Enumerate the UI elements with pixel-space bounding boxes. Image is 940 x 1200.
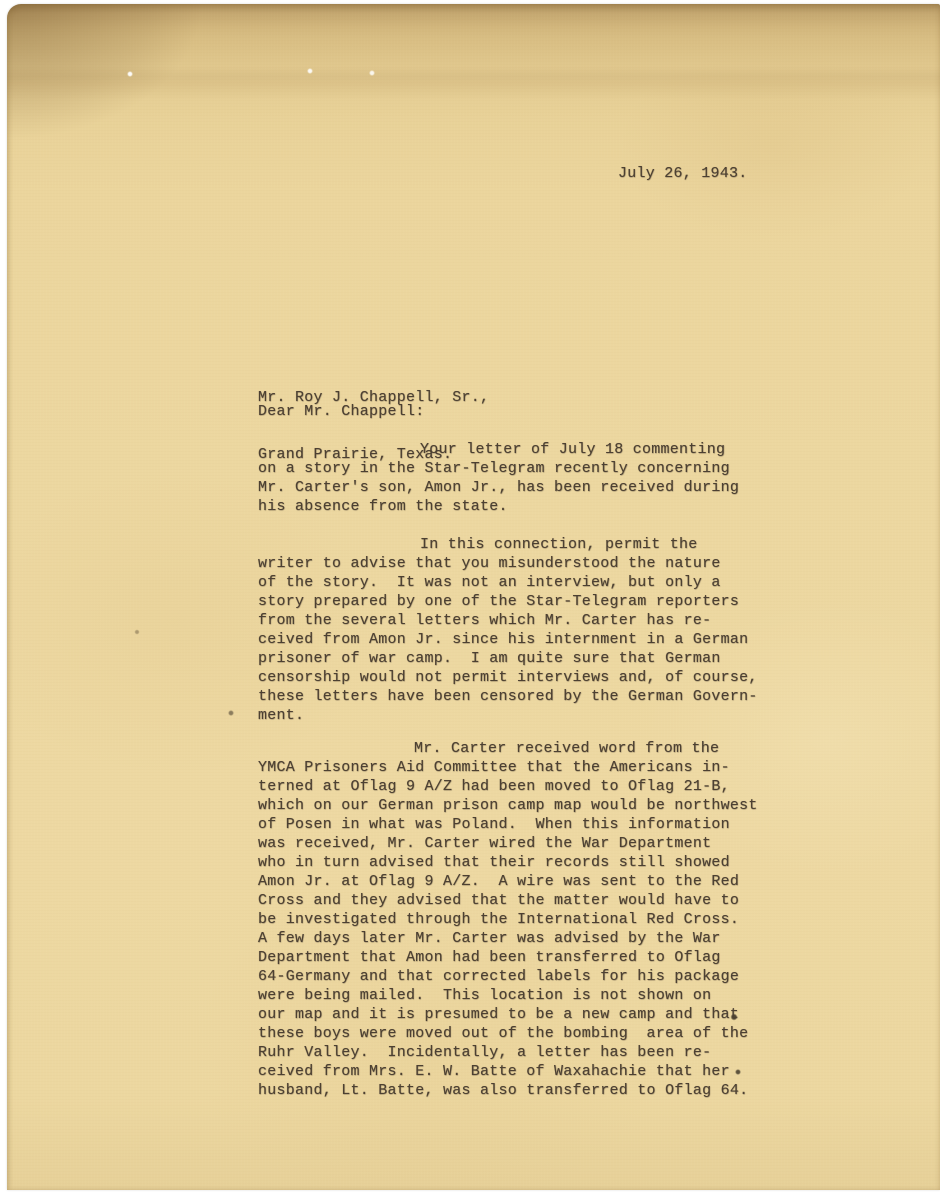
salutation: Dear Mr. Chappell: (258, 402, 425, 421)
scanned-letter: July 26, 1943. Mr. Roy J. Chappell, Sr.,… (0, 0, 940, 1200)
paragraph-1: Your letter of July 18 commenting on a s… (258, 440, 739, 516)
paragraph-2: In this connection, permit the writer to… (258, 535, 758, 725)
letter-date: July 26, 1943. (618, 164, 748, 183)
letter-page: July 26, 1943. Mr. Roy J. Chappell, Sr.,… (7, 4, 940, 1190)
paragraph-3: Mr. Carter received word from the YMCA P… (258, 739, 758, 1100)
